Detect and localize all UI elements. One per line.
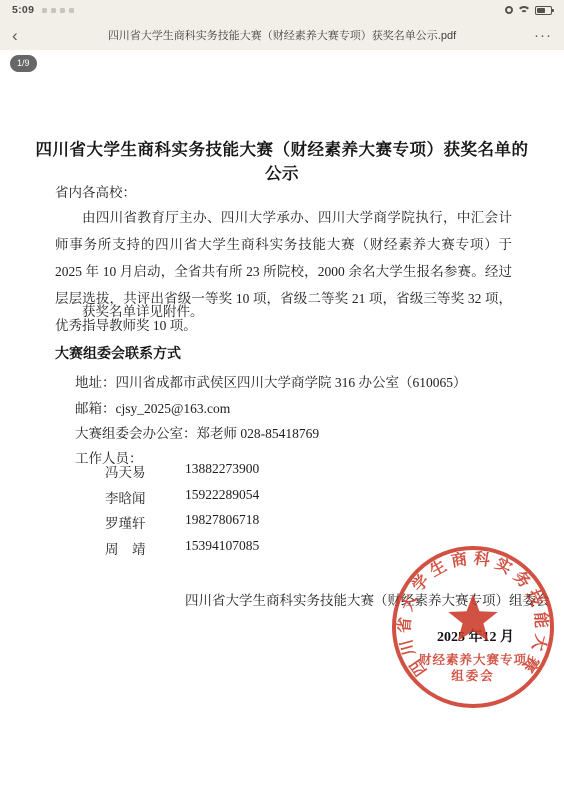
attachment-note: 获奖名单详见附件。 xyxy=(55,300,512,320)
seal-star-icon xyxy=(448,594,497,641)
staff-row: 罗瑾轩 19827806718 xyxy=(105,512,146,532)
title-bar: ‹ 四川省大学生商科实务技能大赛（财经素养大赛专项）获奖名单公示.pdf ··· xyxy=(0,20,564,50)
battery-icon xyxy=(535,6,552,15)
more-menu-icon[interactable]: ··· xyxy=(526,28,552,43)
notification-dot-icon xyxy=(69,8,74,13)
staff-name: 冯天易 xyxy=(105,465,146,480)
staff-name: 罗瑾轩 xyxy=(105,516,146,531)
headphone-icon xyxy=(505,6,513,14)
back-icon[interactable]: ‹ xyxy=(12,27,38,44)
staff-phone: 15922289054 xyxy=(185,487,259,503)
document-title: 四川省大学生商科实务技能大赛（财经素养大赛专项）获奖名单的公示 xyxy=(30,136,534,184)
notification-dot-icon xyxy=(51,8,56,13)
contact-heading: 大赛组委会联系方式 xyxy=(55,343,181,363)
staff-row: 李晗闻 15922289054 xyxy=(105,487,146,507)
clock-time: 5:09 xyxy=(12,4,34,16)
document-content: 四川省大学生商科实务技能大赛（财经素养大赛专项）获奖名单的公示 省内各高校： 由… xyxy=(0,50,564,800)
staff-phone: 13882273900 xyxy=(185,461,259,477)
wifi-icon xyxy=(518,6,530,15)
staff-name: 周 靖 xyxy=(105,542,146,557)
notification-dot-icon xyxy=(42,8,47,13)
official-seal: 四川省大学生商科实务技能大赛 财经素养大赛专项 组委会 xyxy=(388,542,558,712)
contact-email: 邮箱：cjsy_2025@163.com xyxy=(75,397,230,417)
staff-row: 冯天易 13882273900 xyxy=(105,461,146,481)
staff-row: 周 靖 15394107085 xyxy=(105,538,146,558)
staff-name: 李晗闻 xyxy=(105,491,146,506)
notification-icons xyxy=(42,8,74,13)
pdf-page[interactable]: 1/9 四川省大学生商科实务技能大赛（财经素养大赛专项）获奖名单的公示 省内各高… xyxy=(0,50,564,800)
file-title: 四川省大学生商科实务技能大赛（财经素养大赛专项）获奖名单公示.pdf xyxy=(38,27,526,43)
seal-subtitle: 财经素养大赛专项 xyxy=(419,652,527,667)
status-bar: 5:09 xyxy=(0,0,564,20)
seal-committee: 组委会 xyxy=(451,668,495,683)
salutation: 省内各高校： xyxy=(55,181,136,201)
staff-phone: 19827806718 xyxy=(185,512,259,528)
notification-dot-icon xyxy=(60,8,65,13)
contact-office: 大赛组委会办公室：郑老师 028-85418769 xyxy=(75,422,319,442)
contact-address: 地址：四川省成都市武侯区四川大学商学院 316 办公室（610065） xyxy=(75,371,467,391)
staff-phone: 15394107085 xyxy=(185,538,259,554)
